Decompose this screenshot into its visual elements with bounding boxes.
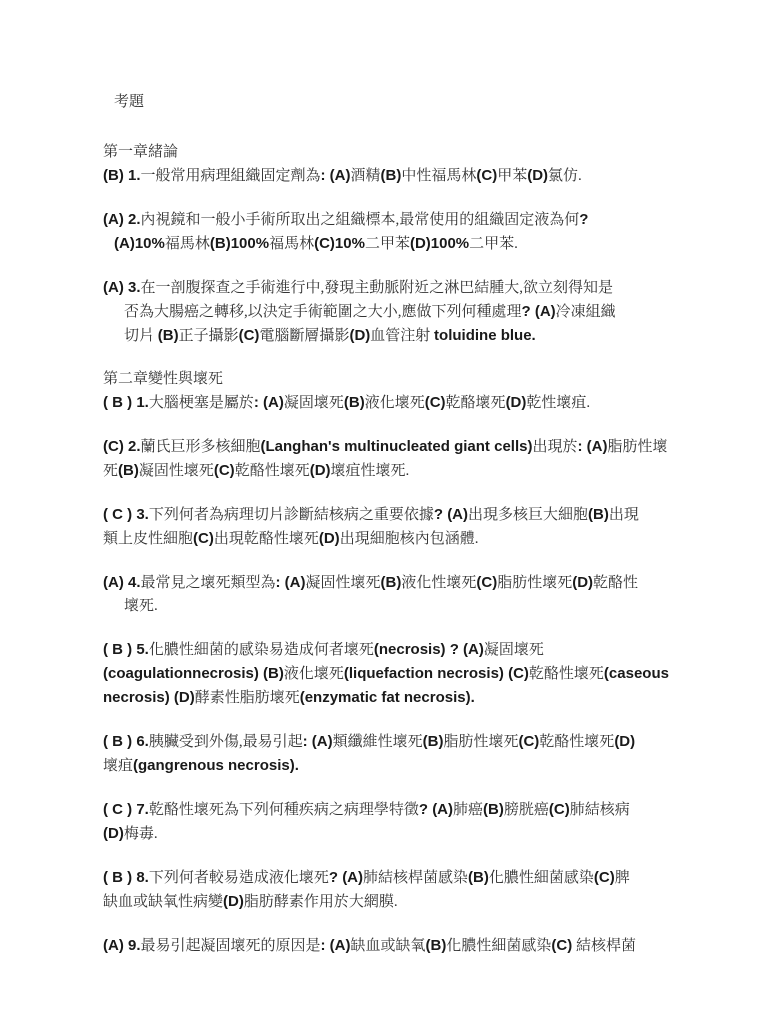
- latin-bold-text: (gangrenous necrosis).: [133, 757, 299, 774]
- document-text-body: 考題第一章緒論(B) 1.一般常用病理組織固定劑為: (A)酒精(B)中性福馬林…: [103, 91, 663, 958]
- cjk-text: 切片: [124, 328, 158, 344]
- text-line: (A) 9.最易引起凝固壞死的原因是: (A)缺血或缺氧(B)化膿性細菌感染(C…: [103, 934, 663, 958]
- text-line: (C) 2.蘭氏巨形多核細胞(Langhan's multinucleated …: [103, 435, 663, 459]
- latin-bold-text: ( C ) 3.: [103, 506, 149, 523]
- cjk-text: 液化壞死: [365, 395, 425, 411]
- latin-bold-text: necrosis) (D): [103, 689, 195, 706]
- text-line: ( B ) 1.大腦梗塞是屬於: (A)凝固壞死(B)液化壞死(C)乾酪壞死(D…: [103, 391, 663, 415]
- latin-bold-text: (B): [588, 506, 609, 523]
- latin-bold-text: (A) 2.: [103, 211, 141, 228]
- cjk-text: 氯仿.: [548, 168, 582, 184]
- cjk-text: 胰臟受到外傷,最易引起: [149, 734, 303, 750]
- latin-bold-text: (D): [349, 327, 370, 344]
- latin-bold-text: (caseous: [604, 665, 669, 682]
- cjk-text: 肺結核桿菌感染: [363, 870, 468, 886]
- latin-bold-text: (enzymatic fat necrosis).: [300, 689, 475, 706]
- cjk-text: 乾酪性: [593, 575, 638, 591]
- latin-bold-text: : (A): [254, 394, 284, 411]
- cjk-text: 乾酪性壞死為下列何種疾病之病理學特徵: [149, 802, 419, 818]
- latin-bold-text: (D): [103, 825, 124, 842]
- latin-bold-text: : (A): [303, 733, 333, 750]
- cjk-text: 肺癌: [453, 802, 483, 818]
- text-line: (A) 3.在一剖腹探查之手術進行中,發現主動脈附近之淋巴結腫大,欲立刻得知是: [103, 276, 663, 300]
- cjk-text: 甲苯: [497, 168, 527, 184]
- text-line: (A)10%福馬林(B)100%福馬林(C)10%二甲苯(D)100%二甲苯.: [103, 232, 663, 256]
- cjk-text: 壞死.: [124, 598, 158, 614]
- latin-bold-text: (D): [223, 893, 244, 910]
- cjk-text: 結核桿菌: [572, 938, 636, 954]
- cjk-text: 死: [103, 463, 118, 479]
- latin-bold-text: (Langhan's multinucleated giant cells): [261, 438, 533, 455]
- ch2-question-2: (C) 2.蘭氏巨形多核細胞(Langhan's multinucleated …: [103, 435, 663, 483]
- text-line: (A) 4.最常見之壞死類型為: (A)凝固性壞死(B)液化性壞死(C)脂肪性壞…: [103, 571, 663, 595]
- latin-bold-text: (B): [158, 327, 179, 344]
- cjk-text: 大腦梗塞是屬於: [149, 395, 254, 411]
- cjk-text: 最易引起凝固壞死的原因是: [141, 938, 321, 954]
- text-line: 否為大腸癌之轉移,以決定手術範圍之大小,應做下列何種處理? (A)冷凍組織: [103, 300, 663, 324]
- text-line: 切片 (B)正子攝影(C)電腦斷層攝影(D)血管注射 toluidine blu…: [103, 324, 663, 348]
- latin-bold-text: : (A): [577, 438, 607, 455]
- cjk-text: 液化性壞死: [401, 575, 476, 591]
- latin-bold-text: : (A): [276, 574, 306, 591]
- latin-bold-text: (C)10%: [314, 235, 365, 252]
- cjk-text: 脂肪性壞死: [443, 734, 518, 750]
- latin-bold-text: ( B ) 1.: [103, 394, 149, 411]
- ch2-question-7: ( C ) 7.乾酪性壞死為下列何種疾病之病理學特徵? (A)肺癌(B)膀胱癌(…: [103, 798, 663, 846]
- ch2-question-4: (A) 4.最常見之壞死類型為: (A)凝固性壞死(B)液化性壞死(C)脂肪性壞…: [103, 571, 663, 618]
- cjk-text: 膀胱癌: [504, 802, 549, 818]
- cjk-text: 最常見之壞死類型為: [141, 575, 276, 591]
- latin-bold-text: (C): [551, 937, 572, 954]
- cjk-text: 否為大腸癌之轉移,以決定手術範圍之大小,應做下列何種處理: [124, 304, 522, 320]
- latin-bold-text: (liquefaction necrosis) (C): [344, 665, 529, 682]
- cjk-text: 出現乾酪性壞死: [214, 531, 319, 547]
- latin-bold-text: (B): [483, 801, 504, 818]
- cjk-text: 在一剖腹探查之手術進行中,發現主動脈附近之淋巴結腫大,欲立刻得知是: [141, 280, 614, 296]
- text-line: 第二章變性與壞死: [103, 368, 663, 391]
- cjk-text: 出現細胞核內包涵體.: [340, 531, 479, 547]
- latin-bold-text: toluidine blue.: [434, 327, 536, 344]
- cjk-text: 梅毒.: [124, 826, 158, 842]
- latin-bold-text: ( B ) 8.: [103, 869, 149, 886]
- latin-bold-text: (D): [572, 574, 593, 591]
- cjk-text: 缺血或缺氧性病變: [103, 894, 223, 910]
- ch2-question-5: ( B ) 5.化膿性細菌的感染易造成何者壞死(necrosis) ? (A)凝…: [103, 638, 663, 710]
- text-line: ( B ) 5.化膿性細菌的感染易造成何者壞死(necrosis) ? (A)凝…: [103, 638, 663, 662]
- cjk-text: 出現於: [532, 439, 577, 455]
- latin-bold-text: (D): [527, 167, 548, 184]
- latin-bold-text: (A) 4.: [103, 574, 141, 591]
- cjk-text: 化膿性細菌感染: [446, 938, 551, 954]
- cjk-text: 肺結核病: [570, 802, 630, 818]
- ch1-question-3: (A) 3.在一剖腹探查之手術進行中,發現主動脈附近之淋巴結腫大,欲立刻得知是否…: [103, 276, 663, 348]
- cjk-text: 二甲苯: [365, 236, 410, 252]
- latin-bold-text: ( C ) 7.: [103, 801, 149, 818]
- text-line: (A) 2.內視鏡和一般小手術所取出之組織標本,最常使用的組織固定液為何?: [103, 208, 663, 232]
- cjk-text: 考題: [114, 94, 144, 110]
- text-line: 壞死.: [103, 595, 663, 618]
- cjk-text: 正子攝影: [179, 328, 239, 344]
- cjk-text: 酒精: [351, 168, 381, 184]
- text-line: 類上皮性細胞(C)出現乾酪性壞死(D)出現細胞核內包涵體.: [103, 527, 663, 551]
- latin-bold-text: (D): [506, 394, 527, 411]
- latin-bold-text: (necrosis) ? (A): [374, 641, 484, 658]
- cjk-text: 凝固壞死: [284, 395, 344, 411]
- cjk-text: 出現多核巨大細胞: [468, 507, 588, 523]
- latin-bold-text: (B): [381, 574, 402, 591]
- cjk-text: 出現: [609, 507, 639, 523]
- document-page: 考題第一章緒論(B) 1.一般常用病理組織固定劑為: (A)酒精(B)中性福馬林…: [0, 0, 768, 1024]
- text-line: 缺血或缺氧性病變(D)脂肪酵素作用於大網膜.: [103, 890, 663, 914]
- cjk-text: 乾性壞疽.: [526, 395, 590, 411]
- cjk-text: 血管注射: [370, 328, 434, 344]
- latin-bold-text: (D): [310, 462, 331, 479]
- cjk-text: 第一章緒論: [103, 144, 178, 160]
- cjk-text: 電腦斷層攝影: [259, 328, 349, 344]
- ch1-question-2: (A) 2.內視鏡和一般小手術所取出之組織標本,最常使用的組織固定液為何?(A)…: [103, 208, 663, 256]
- cjk-text: 二甲苯.: [469, 236, 518, 252]
- cjk-text: 凝固壞死: [484, 642, 544, 658]
- text-line: 第一章緒論: [103, 141, 663, 164]
- text-line: necrosis) (D)酵素性脂肪壞死(enzymatic fat necro…: [103, 686, 663, 710]
- cjk-text: 脂肪性壞: [607, 439, 667, 455]
- cjk-text: 脾: [615, 870, 630, 886]
- latin-bold-text: (B) 1.: [103, 167, 141, 184]
- chapter-2-heading: 第二章變性與壞死: [103, 368, 663, 391]
- text-line: 考題: [103, 91, 663, 114]
- cjk-text: 第二章變性與壞死: [103, 371, 223, 387]
- text-line: ( C ) 3.下列何者為病理切片診斷結核病之重要依據? (A)出現多核巨大細胞…: [103, 503, 663, 527]
- latin-bold-text: (C): [549, 801, 570, 818]
- cjk-text: 類上皮性細胞: [103, 531, 193, 547]
- latin-bold-text: ? (A): [419, 801, 453, 818]
- latin-bold-text: (B): [381, 167, 402, 184]
- latin-bold-text: (C): [239, 327, 260, 344]
- latin-bold-text: (C): [518, 733, 539, 750]
- cjk-text: 一般常用病理組織固定劑為: [141, 168, 321, 184]
- cjk-text: 壞疽性壞死.: [331, 463, 410, 479]
- ch2-question-6: ( B ) 6.胰臟受到外傷,最易引起: (A)類纖維性壞死(B)脂肪性壞死(C…: [103, 730, 663, 778]
- latin-bold-text: ( B ) 5.: [103, 641, 149, 658]
- latin-bold-text: (C): [193, 530, 214, 547]
- text-line: ( B ) 8.下列何者較易造成液化壞死? (A)肺結核桿菌感染(B)化膿性細菌…: [103, 866, 663, 890]
- latin-bold-text: (D)100%: [410, 235, 469, 252]
- cjk-text: 脂肪性壞死: [497, 575, 572, 591]
- latin-bold-text: : (A): [321, 167, 351, 184]
- cjk-text: 壞疽: [103, 758, 133, 774]
- text-line: ( C ) 7.乾酪性壞死為下列何種疾病之病理學特徵? (A)肺癌(B)膀胱癌(…: [103, 798, 663, 822]
- latin-bold-text: ( B ) 6.: [103, 733, 149, 750]
- latin-bold-text: (B): [426, 937, 447, 954]
- cjk-text: 福馬林: [165, 236, 210, 252]
- cjk-text: 下列何者較易造成液化壞死: [149, 870, 329, 886]
- cjk-text: 脂肪酵素作用於大網膜.: [244, 894, 398, 910]
- ch2-question-1: ( B ) 1.大腦梗塞是屬於: (A)凝固壞死(B)液化壞死(C)乾酪壞死(D…: [103, 391, 663, 415]
- latin-bold-text: (B): [468, 869, 489, 886]
- latin-bold-text: (C): [476, 574, 497, 591]
- cjk-text: 酵素性脂肪壞死: [195, 690, 300, 706]
- latin-bold-text: (B): [344, 394, 365, 411]
- cjk-text: 福馬林: [269, 236, 314, 252]
- latin-bold-text: (C): [425, 394, 446, 411]
- latin-bold-text: (A) 9.: [103, 937, 141, 954]
- ch2-question-8: ( B ) 8.下列何者較易造成液化壞死? (A)肺結核桿菌感染(B)化膿性細菌…: [103, 866, 663, 914]
- cjk-text: 液化壞死: [284, 666, 344, 682]
- latin-bold-text: ? (A): [434, 506, 468, 523]
- text-line: (coagulationnecrosis) (B)液化壞死(liquefacti…: [103, 662, 663, 686]
- latin-bold-text: (A) 3.: [103, 279, 141, 296]
- latin-bold-text: (A)10%: [114, 235, 165, 252]
- text-line: 死(B)凝固性壞死(C)乾酪性壞死(D)壞疽性壞死.: [103, 459, 663, 483]
- cjk-text: 凝固性壞死: [306, 575, 381, 591]
- ch2-question-3: ( C ) 3.下列何者為病理切片診斷結核病之重要依據? (A)出現多核巨大細胞…: [103, 503, 663, 551]
- latin-bold-text: : (A): [321, 937, 351, 954]
- cjk-text: 蘭氏巨形多核細胞: [141, 439, 261, 455]
- cjk-text: 化膿性細菌感染: [489, 870, 594, 886]
- latin-bold-text: (D): [319, 530, 340, 547]
- latin-bold-text: ? (A): [522, 303, 556, 320]
- latin-bold-text: (D): [614, 733, 635, 750]
- text-line: ( B ) 6.胰臟受到外傷,最易引起: (A)類纖維性壞死(B)脂肪性壞死(C…: [103, 730, 663, 754]
- cjk-text: 冷凍組織: [556, 304, 616, 320]
- cjk-text: 乾酪性壞死: [235, 463, 310, 479]
- cjk-text: 乾酪性壞死: [529, 666, 604, 682]
- text-line: 壞疽(gangrenous necrosis).: [103, 754, 663, 778]
- latin-bold-text: (C): [476, 167, 497, 184]
- latin-bold-text: (coagulationnecrosis) (B): [103, 665, 284, 682]
- text-line: (D)梅毒.: [103, 822, 663, 846]
- cjk-text: 內視鏡和一般小手術所取出之組織標本,最常使用的組織固定液為何: [141, 212, 580, 228]
- latin-bold-text: (B): [423, 733, 444, 750]
- latin-bold-text: (B): [118, 462, 139, 479]
- latin-bold-text: (C) 2.: [103, 438, 141, 455]
- latin-bold-text: (C): [214, 462, 235, 479]
- cjk-text: 化膿性細菌的感染易造成何者壞死: [149, 642, 374, 658]
- cjk-text: 中性福馬林: [401, 168, 476, 184]
- cjk-text: 凝固性壞死: [139, 463, 214, 479]
- cjk-text: 下列何者為病理切片診斷結核病之重要依據: [149, 507, 434, 523]
- latin-bold-text: ?: [579, 211, 588, 228]
- doc-title: 考題: [103, 91, 663, 114]
- cjk-text: 缺血或缺氧: [351, 938, 426, 954]
- latin-bold-text: ? (A): [329, 869, 363, 886]
- cjk-text: 乾酪壞死: [446, 395, 506, 411]
- ch1-question-1: (B) 1.一般常用病理組織固定劑為: (A)酒精(B)中性福馬林(C)甲苯(D…: [103, 164, 663, 188]
- cjk-text: 乾酪性壞死: [539, 734, 614, 750]
- text-line: (B) 1.一般常用病理組織固定劑為: (A)酒精(B)中性福馬林(C)甲苯(D…: [103, 164, 663, 188]
- latin-bold-text: (C): [594, 869, 615, 886]
- chapter-1-heading: 第一章緒論: [103, 141, 663, 164]
- latin-bold-text: (B)100%: [210, 235, 269, 252]
- cjk-text: 類纖維性壞死: [333, 734, 423, 750]
- ch2-question-9: (A) 9.最易引起凝固壞死的原因是: (A)缺血或缺氧(B)化膿性細菌感染(C…: [103, 934, 663, 958]
